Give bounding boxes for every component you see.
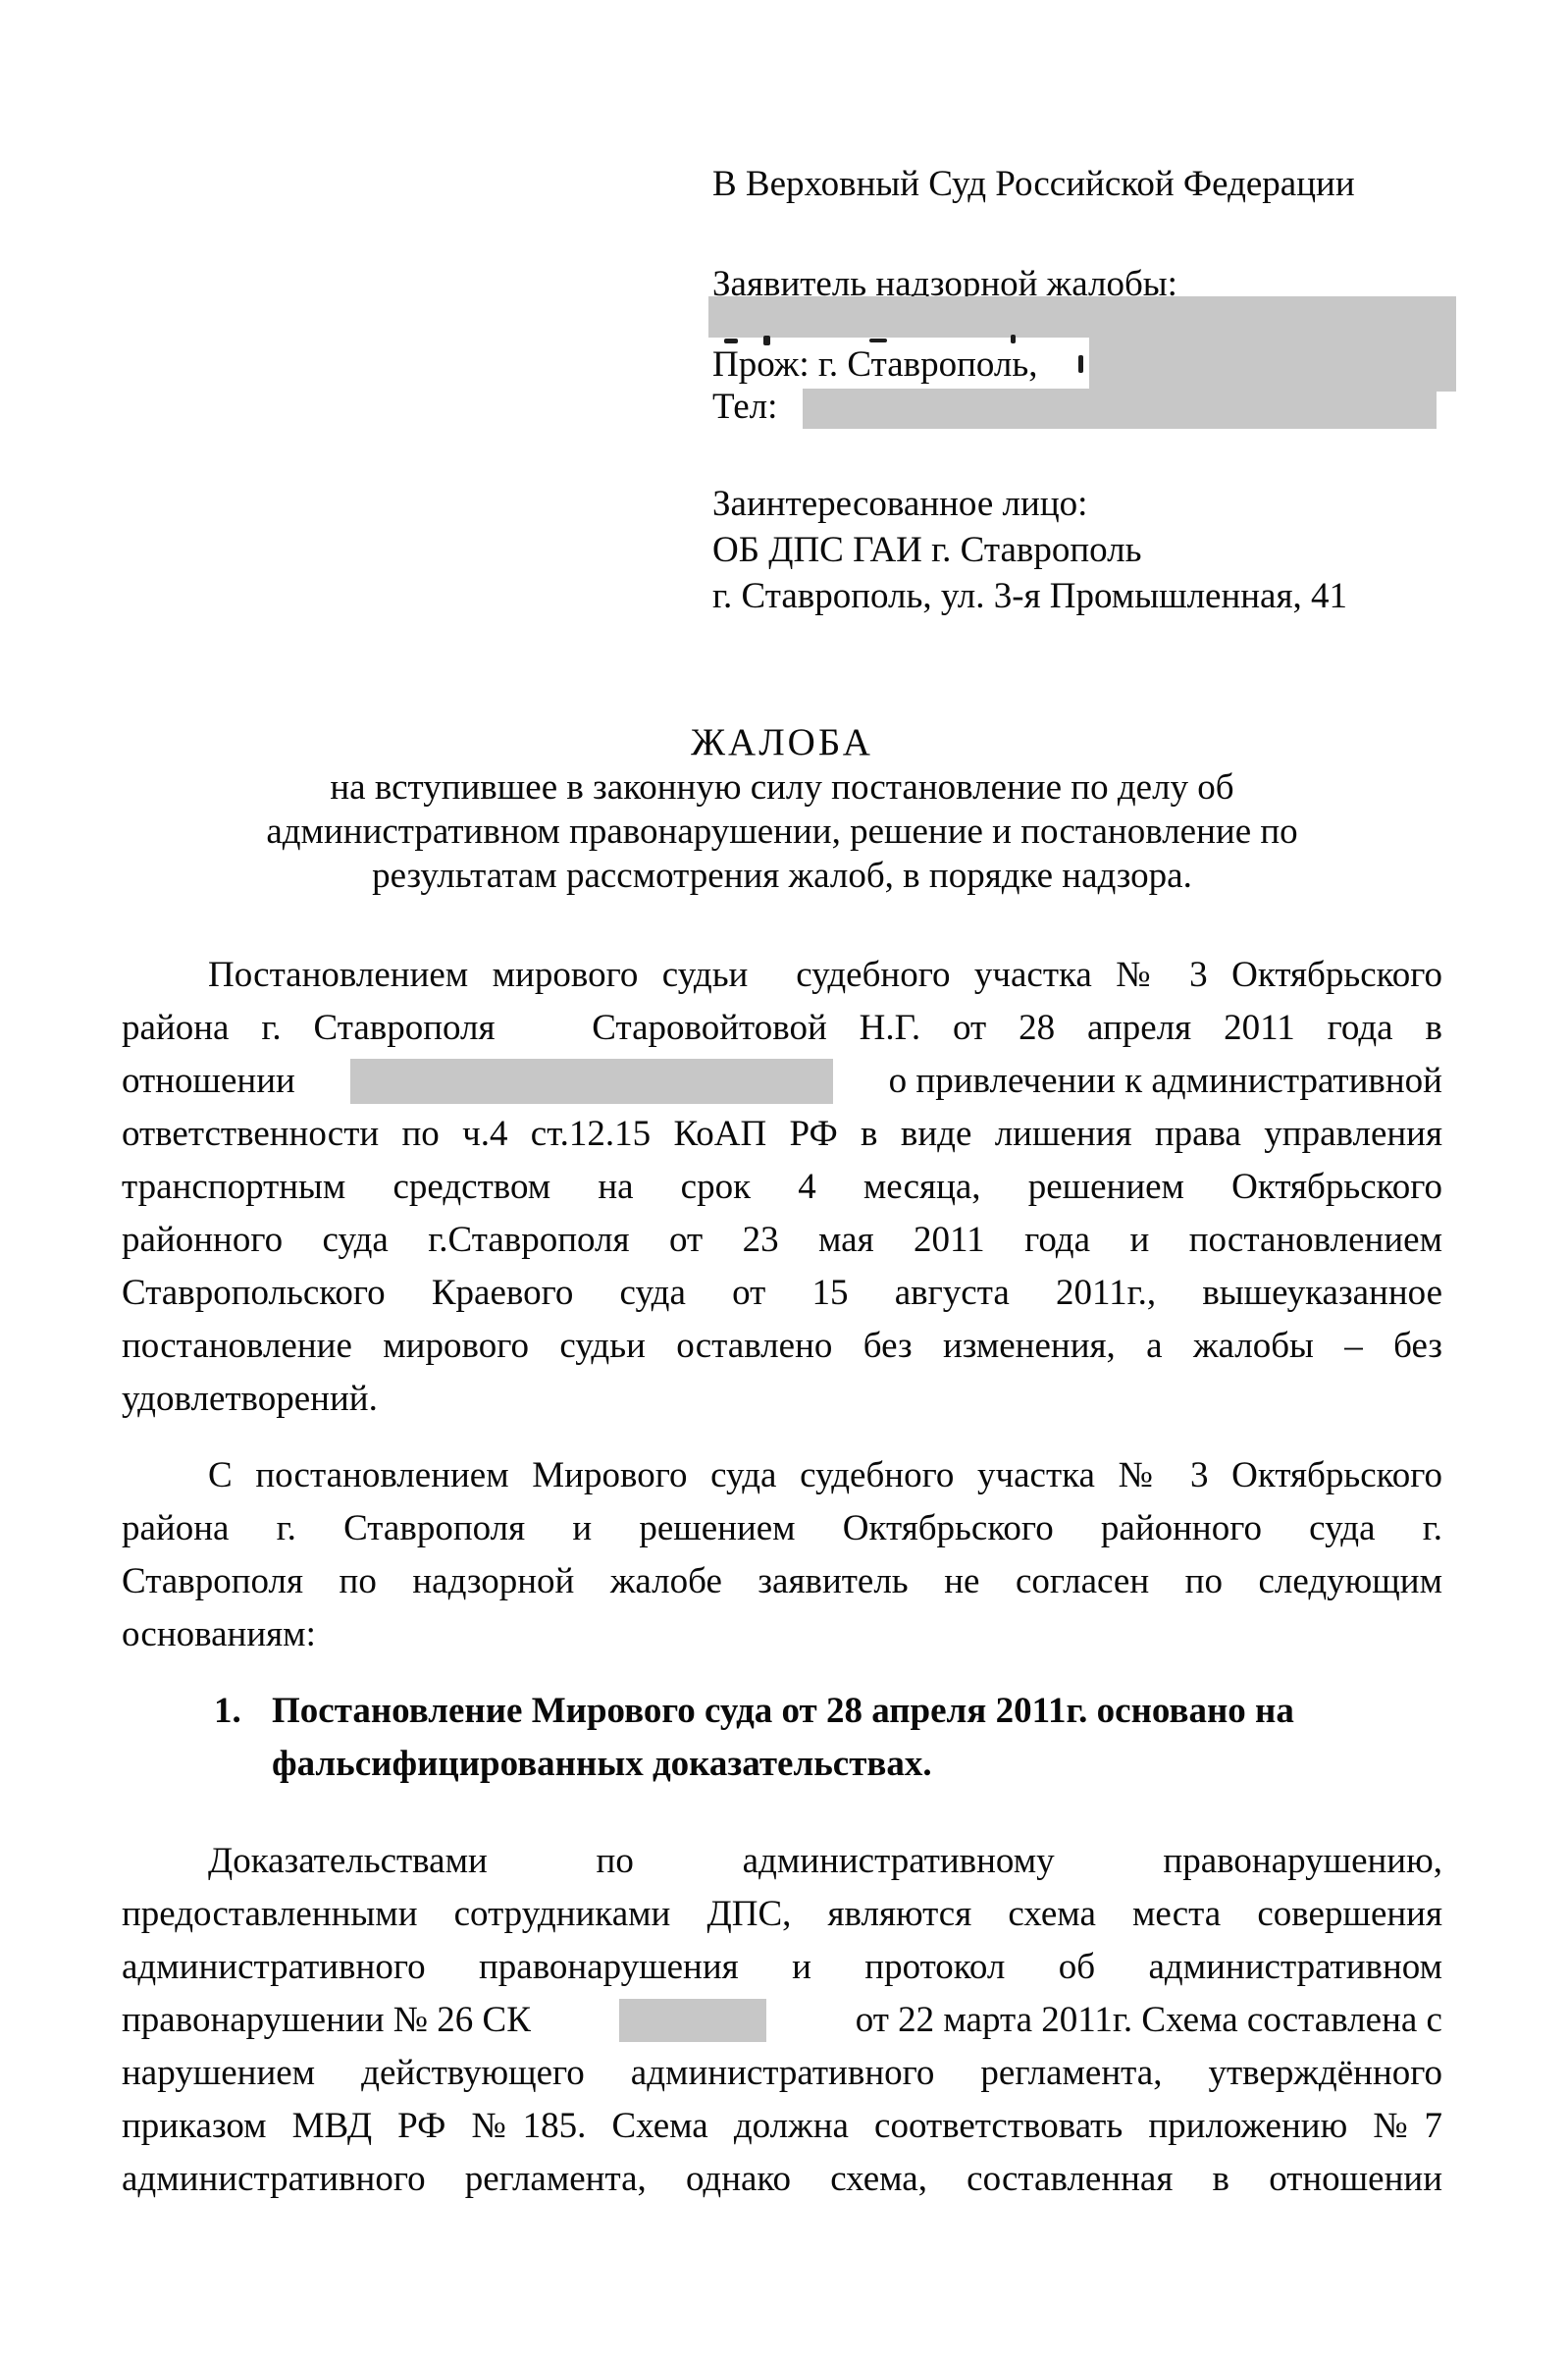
paragraph-line: Постановление Мирового суда от 28 апреля… xyxy=(272,1685,1442,1738)
paragraph-line: Постановлением мирового судьи судебного … xyxy=(122,949,1442,1002)
paragraph-line: административного регламента, однако схе… xyxy=(122,2153,1442,2206)
title-subtitle-line-1: на вступившее в законную силу постановле… xyxy=(122,765,1442,810)
ground-1-body: 1. Постановление Мирового суда от 28 апр… xyxy=(122,1685,1442,1791)
paragraph-line: фальсифицированных доказательствах. xyxy=(272,1738,1442,1791)
residence-line: Прож: г. Ставрополь, xyxy=(712,343,1468,387)
document-title: ЖАЛОБА xyxy=(122,720,1442,765)
list-number: 1. xyxy=(214,1685,241,1738)
text-after-redaction: о привлечении к административной xyxy=(889,1055,1442,1108)
paragraph-line: приказом МВД РФ №185. Схема должна соотв… xyxy=(122,2100,1442,2153)
paragraph-line: постановление мирового судьи оставлено б… xyxy=(122,1320,1442,1373)
interested-party-label: Заинтересованное лицо: xyxy=(712,483,1468,526)
redaction-protocol-number xyxy=(619,1999,766,2042)
paragraph-line: предоставленными сотрудниками ДПС, являю… xyxy=(122,1888,1442,1941)
paragraph-line: транспортным средством на срок 4 месяца,… xyxy=(122,1161,1442,1214)
paragraph-line: ответственности по ч.4 ст.12.15 КоАП РФ … xyxy=(122,1108,1442,1161)
paragraph-line: района г. Ставрополя и решением Октябрьс… xyxy=(122,1502,1442,1555)
text-before-redaction: отношении xyxy=(122,1055,295,1108)
ground-1-heading: 1. Постановление Мирового суда от 28 апр… xyxy=(122,1685,1442,1791)
redaction-defendant-name xyxy=(350,1059,833,1104)
paragraph-line: основаниям: xyxy=(122,1608,1442,1661)
court-name: В Верховный Суд Российской Федерации xyxy=(712,163,1468,206)
text-after-redaction: от 22 марта 2011г. Схема составлена с xyxy=(856,1994,1442,2047)
paragraph-line: С постановлением Мирового суда судебного… xyxy=(122,1449,1442,1502)
paragraph-line: Ставрополя по надзорной жалобе заявитель… xyxy=(122,1555,1442,1608)
paragraph-line: районного суда г.Ставрополя от 23 мая 20… xyxy=(122,1214,1442,1267)
interested-party-name: ОБ ДПС ГАИ г. Ставрополь xyxy=(712,529,1468,572)
paragraph-line: Доказательствами по административному пр… xyxy=(122,1835,1442,1888)
paragraph-1: Постановлением мирового судьи судебного … xyxy=(122,949,1442,1426)
redaction-applicant-name xyxy=(708,296,1456,338)
interested-party-address: г. Ставрополь, ул. 3-я Промышленная, 41 xyxy=(712,575,1468,618)
redacted-text-remnant xyxy=(869,339,887,342)
text-before-redaction: правонарушении № 26 СК xyxy=(122,1994,531,2047)
paragraph-line: нарушением действующего административног… xyxy=(122,2047,1442,2100)
paragraph-line: административного правонарушения и прото… xyxy=(122,1941,1442,1994)
paragraph-line: Ставропольского Краевого суда от 15 авгу… xyxy=(122,1267,1442,1320)
title-subtitle-line-3: результатам рассмотрения жалоб, в порядк… xyxy=(122,854,1442,898)
paragraph-line: удовлетворений. xyxy=(122,1373,1442,1426)
paragraph-line-with-redaction: правонарушении № 26 СК от 22 марта 2011г… xyxy=(122,1994,1442,2047)
redaction-phone xyxy=(803,389,1437,429)
paragraph-2: С постановлением Мирового суда судебного… xyxy=(122,1449,1442,1661)
title-subtitle-line-2: административном правонарушении, решение… xyxy=(122,810,1442,854)
title-block: ЖАЛОБА на вступившее в законную силу пос… xyxy=(122,720,1442,898)
paragraph-3: Доказательствами по административному пр… xyxy=(122,1835,1442,2206)
paragraph-line: района г. Ставрополя Старовойтовой Н.Г. … xyxy=(122,1002,1442,1055)
redacted-text-remnant xyxy=(1011,335,1016,343)
paragraph-line-with-redaction: отношении о привлечении к административн… xyxy=(122,1055,1442,1108)
document-page: В Верховный Суд Российской Федерации Зая… xyxy=(0,0,1568,2357)
